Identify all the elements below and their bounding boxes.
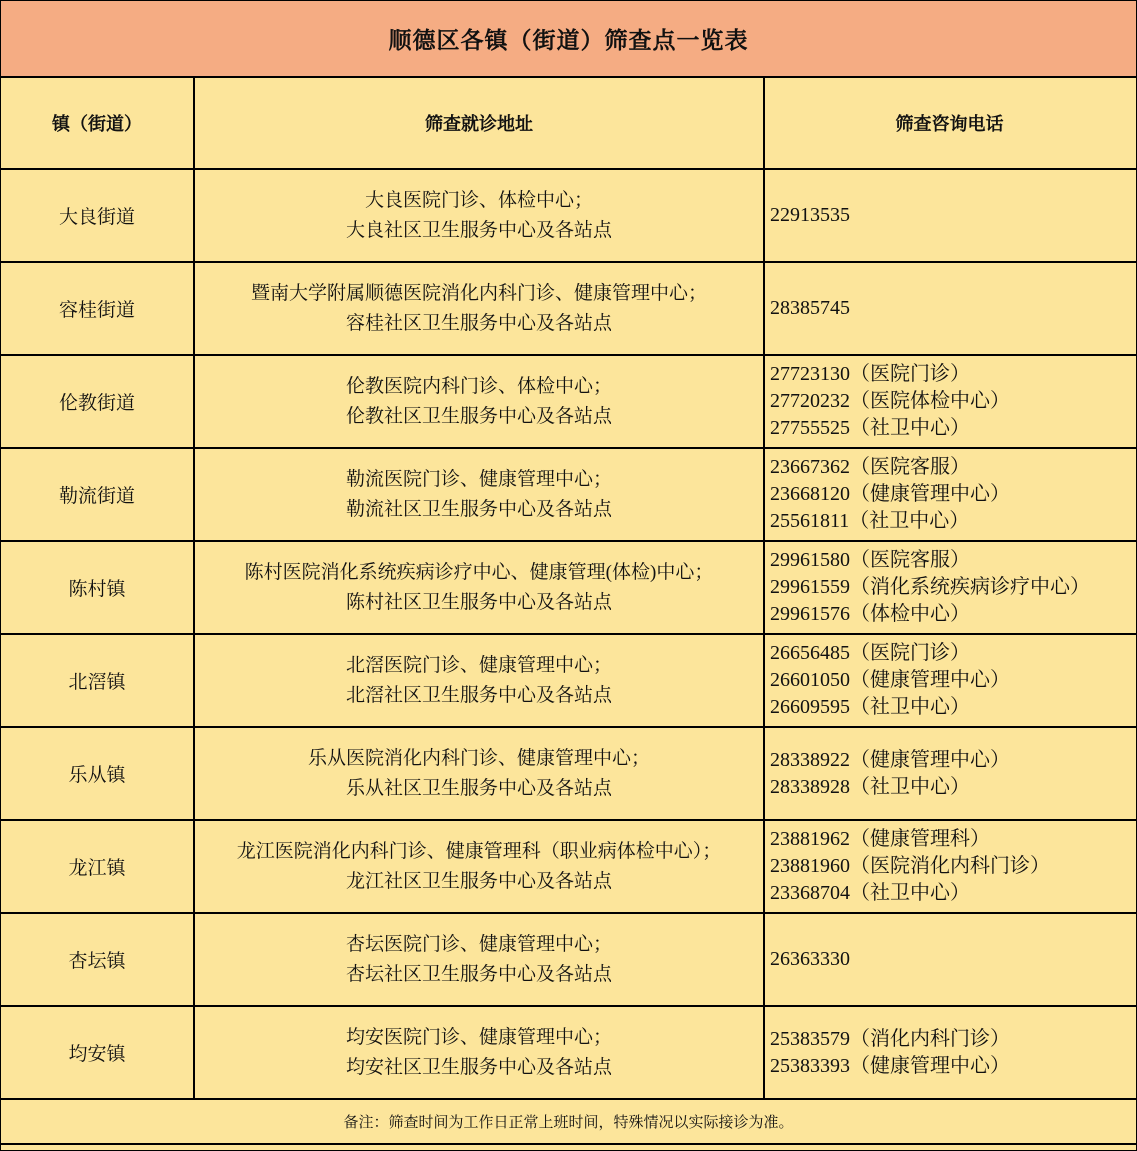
address-line: 杏坛医院门诊、健康管理中心； [346,930,612,960]
town-cell: 勒流街道 [1,449,195,540]
town-cell: 均安镇 [1,1007,195,1098]
town-cell: 陈村镇 [1,542,195,633]
address-cell: 暨南大学附属顺德医院消化内科门诊、健康管理中心；容桂社区卫生服务中心及各站点 [195,263,765,354]
phone-cell: 28338922（健康管理中心）28338928（社卫中心） [765,728,1136,819]
town-cell: 伦教街道 [1,356,195,447]
phone-cell: 29961580（医院客服）29961559（消化系统疾病诊疗中心）299615… [765,542,1136,633]
phone-line: 28338928（社卫中心） [770,774,970,801]
address-line: 北滘医院门诊、健康管理中心； [346,651,612,681]
table-row: 乐从镇 乐从医院消化内科门诊、健康管理中心；乐从社区卫生服务中心及各站点 283… [1,728,1136,821]
address-cell: 陈村医院消化系统疾病诊疗中心、健康管理(体检)中心；陈村社区卫生服务中心及各站点 [195,542,765,633]
phone-line: 29961559（消化系统疾病诊疗中心） [770,574,1090,601]
phone-line: 23881962（健康管理科） [770,826,990,853]
phone-line: 27720232（医院体检中心） [770,388,1010,415]
address-cell: 大良医院门诊、体检中心；大良社区卫生服务中心及各站点 [195,170,765,261]
town-cell: 大良街道 [1,170,195,261]
phone-line: 23667362（医院客服） [770,454,970,481]
table-row: 伦教街道 伦教医院内科门诊、体检中心；伦教社区卫生服务中心及各站点 277231… [1,356,1136,449]
phone-line: 26363330 [770,946,850,973]
phone-cell: 25383579（消化内科门诊）25383393（健康管理中心） [765,1007,1136,1098]
phone-line: 23668120（健康管理中心） [770,481,1010,508]
address-line: 均安医院门诊、健康管理中心； [346,1023,612,1053]
phone-line: 29961580（医院客服） [770,547,970,574]
phone-line: 25561811（社卫中心） [770,508,969,535]
header-row: 镇（街道） 筛查就诊地址 筛查咨询电话 [1,78,1136,170]
header-address-column: 筛查就诊地址 [195,78,765,168]
address-cell: 北滘医院门诊、健康管理中心；北滘社区卫生服务中心及各站点 [195,635,765,726]
address-line: 陈村社区卫生服务中心及各站点 [346,588,612,618]
table-row: 勒流街道 勒流医院门诊、健康管理中心；勒流社区卫生服务中心及各站点 236673… [1,449,1136,542]
footer-note-row: 备注：筛查时间为工作日正常上班时间，特殊情况以实际接诊为准。 [1,1100,1136,1145]
phone-line: 25383579（消化内科门诊） [770,1026,1010,1053]
phone-cell: 23881962（健康管理科）23881960（医院消化内科门诊）2336870… [765,821,1136,912]
phone-line: 26609595（社卫中心） [770,694,970,721]
phone-line: 27723130（医院门诊） [770,361,970,388]
address-line: 大良医院门诊、体检中心； [365,186,593,216]
address-cell: 杏坛医院门诊、健康管理中心；杏坛社区卫生服务中心及各站点 [195,914,765,1005]
phone-line: 29961576（体检中心） [770,601,970,628]
table-row: 杏坛镇 杏坛医院门诊、健康管理中心；杏坛社区卫生服务中心及各站点 2636333… [1,914,1136,1007]
phone-cell: 28385745 [765,263,1136,354]
address-line: 乐从社区卫生服务中心及各站点 [346,774,612,804]
address-line: 北滘社区卫生服务中心及各站点 [346,681,612,711]
phone-line: 23368704（社卫中心） [770,880,970,907]
phone-cell: 23667362（医院客服）23668120（健康管理中心）25561811（社… [765,449,1136,540]
address-line: 龙江医院消化内科门诊、健康管理科（职业病体检中心）； [237,837,722,867]
header-town-column: 镇（街道） [1,78,195,168]
address-line: 大良社区卫生服务中心及各站点 [346,216,612,246]
table-row: 北滘镇 北滘医院门诊、健康管理中心；北滘社区卫生服务中心及各站点 2665648… [1,635,1136,728]
address-cell: 龙江医院消化内科门诊、健康管理科（职业病体检中心）；龙江社区卫生服务中心及各站点 [195,821,765,912]
address-line: 暨南大学附属顺德医院消化内科门诊、健康管理中心； [251,279,707,309]
address-line: 乐从医院消化内科门诊、健康管理中心； [308,744,650,774]
table-row: 容桂街道 暨南大学附属顺德医院消化内科门诊、健康管理中心；容桂社区卫生服务中心及… [1,263,1136,356]
table-row: 大良街道 大良医院门诊、体检中心；大良社区卫生服务中心及各站点 22913535 [1,170,1136,263]
address-line: 均安社区卫生服务中心及各站点 [346,1053,612,1083]
town-cell: 杏坛镇 [1,914,195,1005]
address-line: 伦教医院内科门诊、体检中心； [346,372,612,402]
table-row: 均安镇 均安医院门诊、健康管理中心；均安社区卫生服务中心及各站点 2538357… [1,1007,1136,1100]
town-cell: 乐从镇 [1,728,195,819]
phone-line: 28385745 [770,295,850,322]
phone-line: 23881960（医院消化内科门诊） [770,853,1050,880]
address-line: 伦教社区卫生服务中心及各站点 [346,402,612,432]
address-line: 杏坛社区卫生服务中心及各站点 [346,960,612,990]
town-cell: 容桂街道 [1,263,195,354]
town-cell: 龙江镇 [1,821,195,912]
address-cell: 勒流医院门诊、健康管理中心；勒流社区卫生服务中心及各站点 [195,449,765,540]
address-line: 陈村医院消化系统疾病诊疗中心、健康管理(体检)中心； [245,558,714,588]
screening-points-table: 顺德区各镇（街道）筛查点一览表 镇（街道） 筛查就诊地址 筛查咨询电话 大良街道… [0,0,1137,1151]
phone-cell: 26656485（医院门诊）26601050（健康管理中心）26609595（社… [765,635,1136,726]
address-cell: 均安医院门诊、健康管理中心；均安社区卫生服务中心及各站点 [195,1007,765,1098]
address-line: 容桂社区卫生服务中心及各站点 [346,309,612,339]
footer-note-text: 备注：筛查时间为工作日正常上班时间，特殊情况以实际接诊为准。 [343,1111,793,1132]
phone-line: 22913535 [770,202,850,229]
address-cell: 伦教医院内科门诊、体检中心；伦教社区卫生服务中心及各站点 [195,356,765,447]
address-line: 勒流医院门诊、健康管理中心； [346,465,612,495]
address-line: 龙江社区卫生服务中心及各站点 [346,867,612,897]
phone-line: 25383393（健康管理中心） [770,1053,1010,1080]
address-cell: 乐从医院消化内科门诊、健康管理中心；乐从社区卫生服务中心及各站点 [195,728,765,819]
phone-cell: 27723130（医院门诊）27720232（医院体检中心）27755525（社… [765,356,1136,447]
phone-line: 27755525（社卫中心） [770,415,970,442]
header-phone-column: 筛查咨询电话 [765,78,1136,168]
town-cell: 北滘镇 [1,635,195,726]
table-title: 顺德区各镇（街道）筛查点一览表 [1,1,1136,78]
phone-line: 26656485（医院门诊） [770,640,970,667]
address-line: 勒流社区卫生服务中心及各站点 [346,495,612,525]
phone-line: 26601050（健康管理中心） [770,667,1010,694]
table-row: 龙江镇 龙江医院消化内科门诊、健康管理科（职业病体检中心）；龙江社区卫生服务中心… [1,821,1136,914]
phone-cell: 22913535 [765,170,1136,261]
phone-line: 28338922（健康管理中心） [770,747,1010,774]
phone-cell: 26363330 [765,914,1136,1005]
table-row: 陈村镇 陈村医院消化系统疾病诊疗中心、健康管理(体检)中心；陈村社区卫生服务中心… [1,542,1136,635]
bottom-strip [1,1145,1136,1150]
